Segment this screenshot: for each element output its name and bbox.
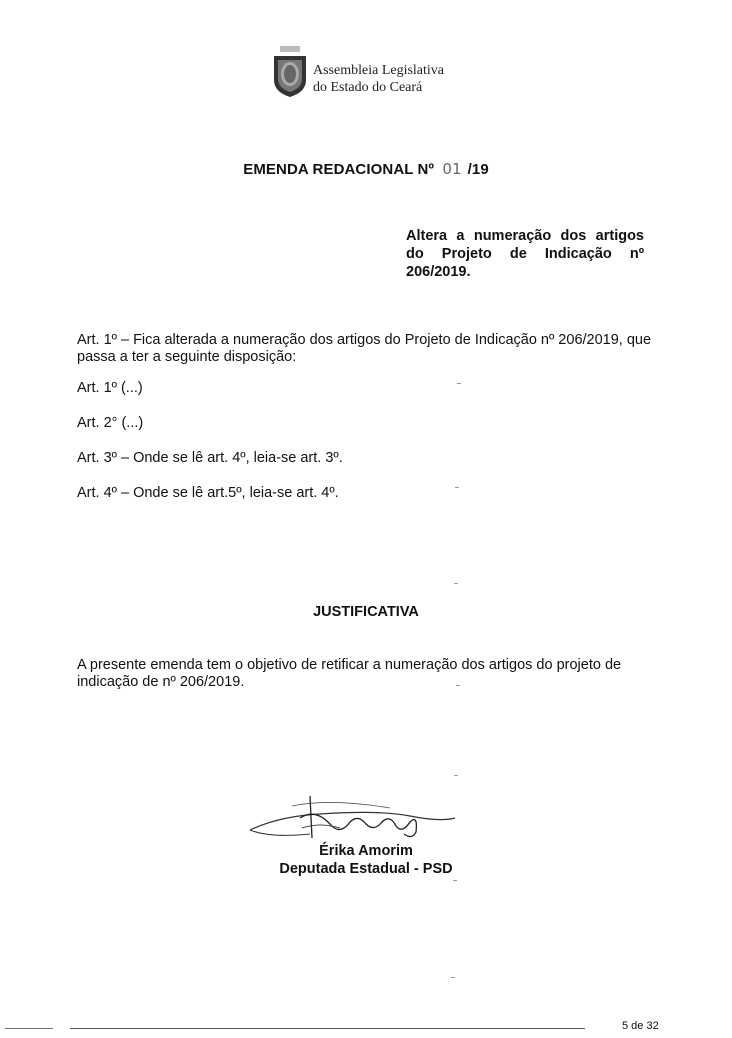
- justificativa-heading: JUSTIFICATIVA: [0, 604, 732, 620]
- state-coat-of-arms-icon: [270, 46, 310, 98]
- scan-speck: [454, 583, 458, 584]
- scan-speck: [451, 977, 455, 978]
- article-1-text: Art. 1º – Fica alterada a numeração dos …: [77, 332, 657, 366]
- scan-speck: [455, 487, 459, 488]
- institution-name-line1: Assembleia Legislativa: [313, 62, 444, 79]
- signatory-name: Érika Amorim: [0, 842, 732, 860]
- ementa: Altera a numeração dos artigos do Projet…: [406, 227, 644, 281]
- handwritten-number: 01: [438, 160, 467, 178]
- page-indicator: 5 de 32: [622, 1020, 659, 1032]
- title-prefix: EMENDA REDACIONAL Nº: [243, 161, 434, 178]
- article-item: Art. 3º – Onde se lê art. 4º, leia-se ar…: [77, 450, 343, 467]
- document-title: EMENDA REDACIONAL Nº 01/19: [0, 160, 732, 178]
- institution-name: Assembleia Legislativa do Estado do Cear…: [313, 62, 444, 96]
- article-item: Art. 2° (...): [77, 415, 143, 432]
- article-item: Art. 1º (...): [77, 380, 143, 397]
- handwritten-signature: [240, 788, 470, 848]
- scan-speck: [453, 880, 457, 881]
- scan-speck: [454, 775, 458, 776]
- ementa-line: 206/2019.: [406, 263, 644, 281]
- ementa-line: do Projeto de Indicação nº: [406, 245, 644, 263]
- signature-block: Érika Amorim Deputada Estadual - PSD: [0, 842, 732, 878]
- institution-name-line2: do Estado do Ceará: [313, 79, 444, 96]
- scan-speck: [457, 383, 461, 384]
- justificativa-text: A presente emenda tem o objetivo de reti…: [77, 657, 667, 691]
- article-item: Art. 4º – Onde se lê art.5º, leia-se art…: [77, 485, 339, 502]
- scan-speck: [456, 685, 460, 686]
- title-suffix: /19: [468, 161, 489, 178]
- signatory-role: Deputada Estadual - PSD: [0, 860, 732, 878]
- footer-rule: [70, 1028, 585, 1029]
- ementa-line: Altera a numeração dos artigos: [406, 227, 644, 245]
- footer-rule: [5, 1028, 53, 1029]
